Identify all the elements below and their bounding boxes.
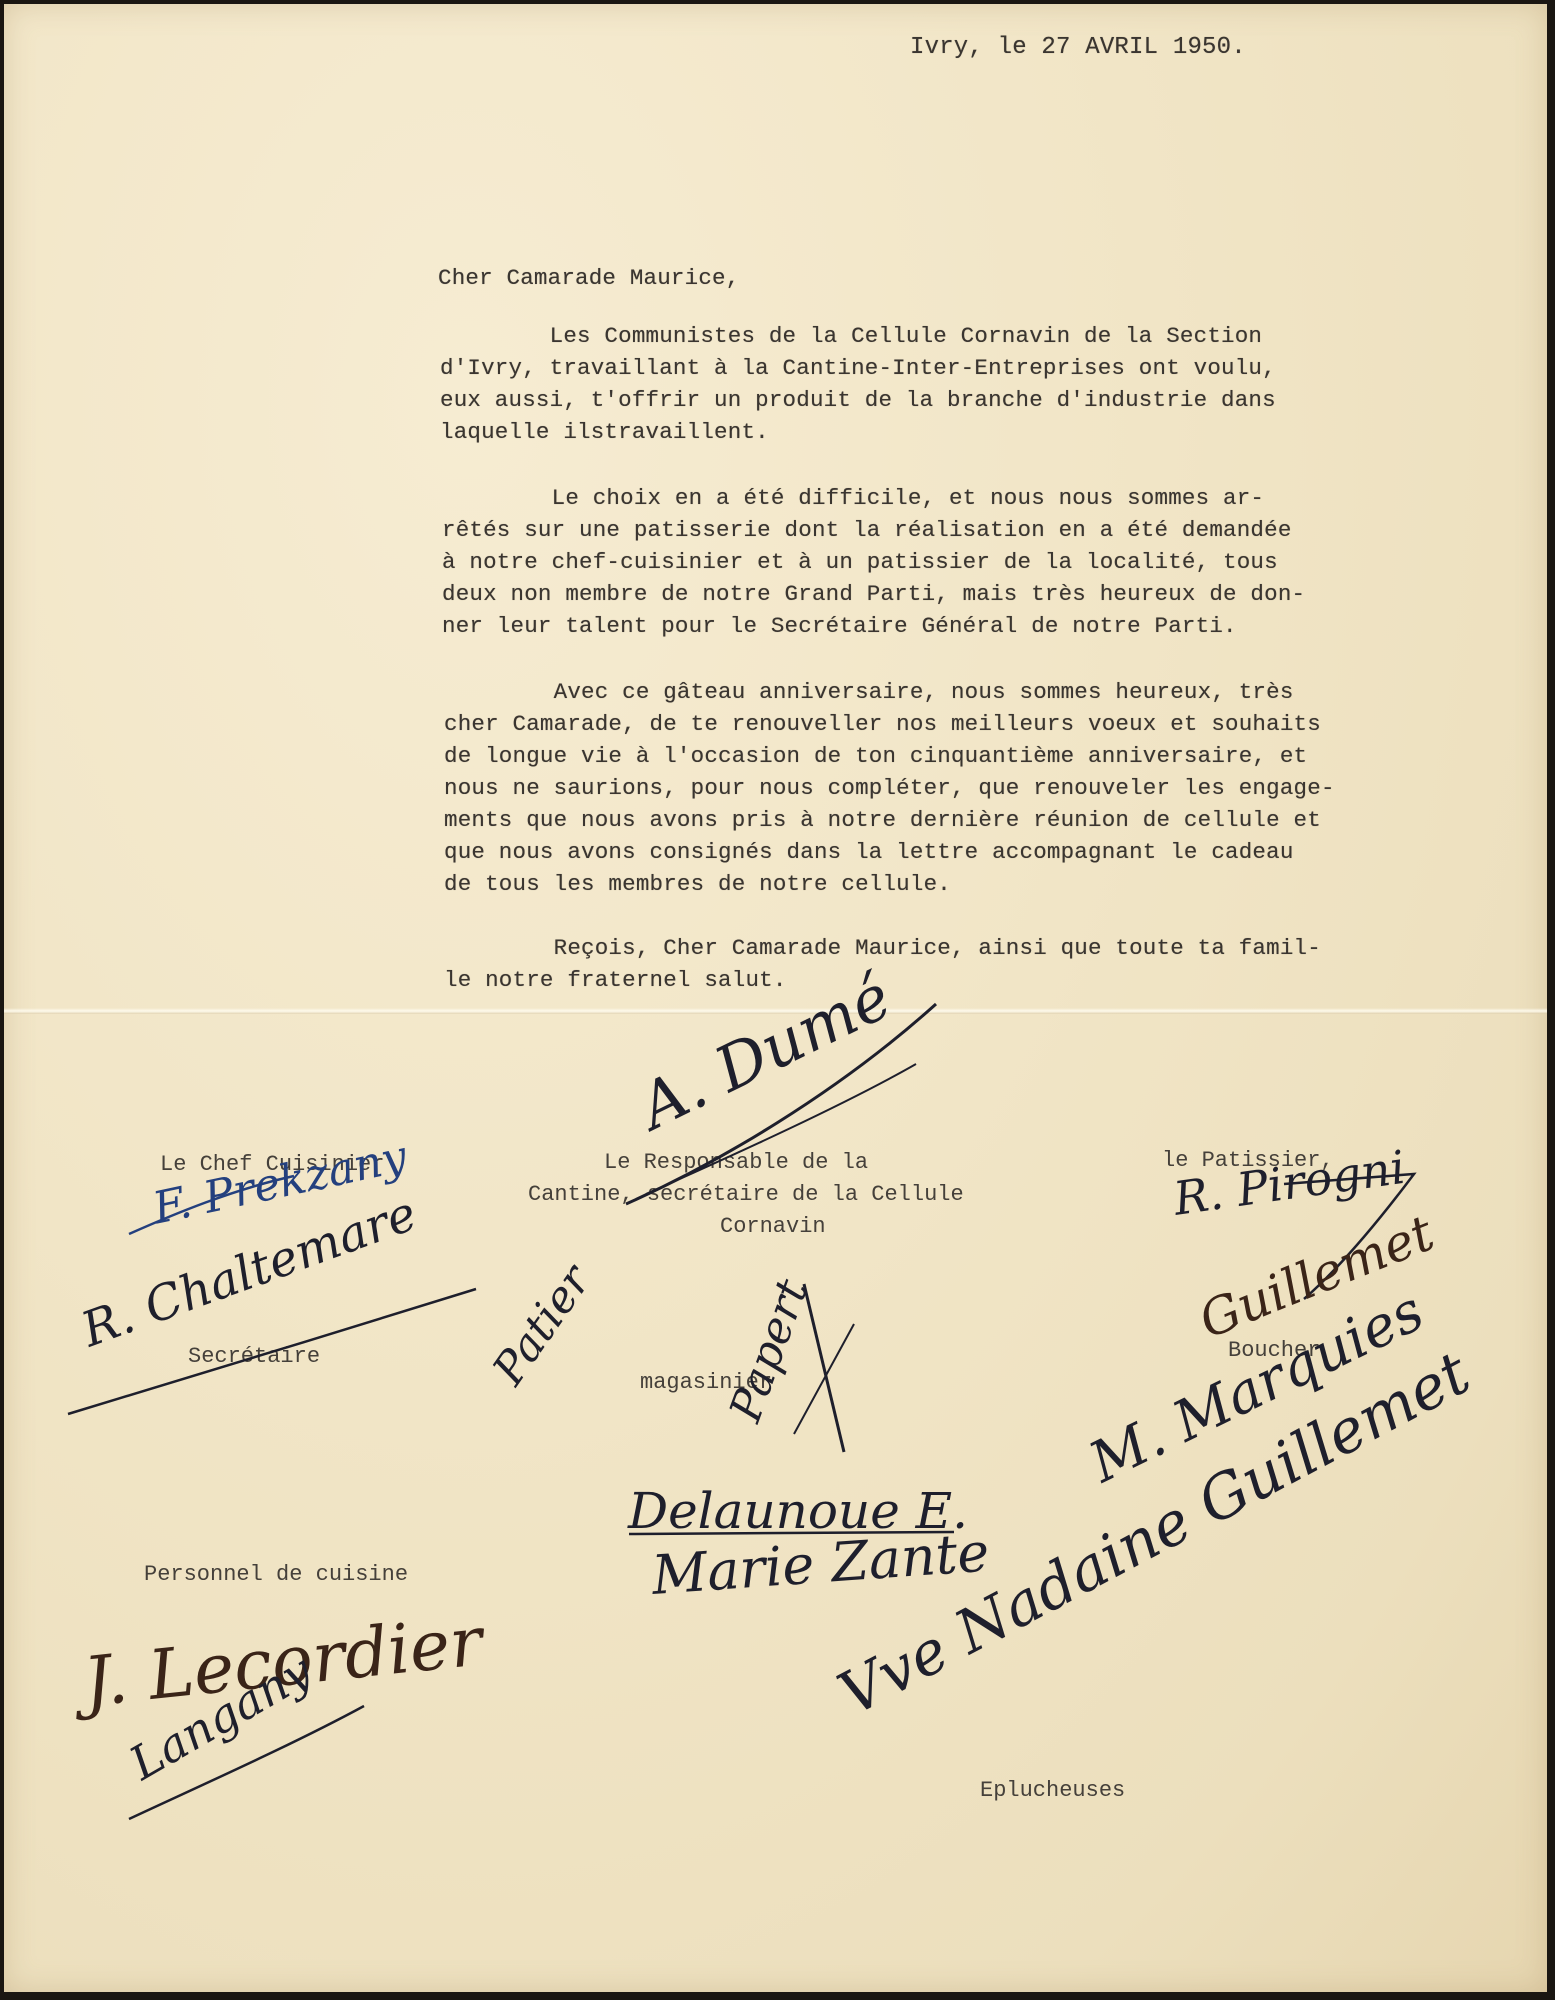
label-personnel-de-cuisine: Personnel de cuisine	[144, 1562, 408, 1587]
signature-cross-magasinier	[784, 1284, 864, 1454]
paragraph-line: eux aussi, t'offrir un produit de la bra…	[440, 384, 1276, 416]
paragraph-line: rêtés sur une patisserie dont la réalisa…	[442, 514, 1292, 546]
signature-flourish-secretaire	[66, 1289, 486, 1419]
paragraph-line: nous ne saurions, pour nous compléter, q…	[444, 772, 1335, 804]
paragraph-line: ner leur talent pour le Secrétaire Génér…	[442, 610, 1237, 642]
paragraph-line: de longue vie à l'occasion de ton cinqua…	[444, 740, 1307, 772]
paragraph-line: d'Ivry, travaillant à la Cantine-Inter-E…	[440, 352, 1276, 384]
paragraph-line: Les Communistes de la Cellule Cornavin d…	[440, 320, 1262, 352]
label-eplucheuses: Eplucheuses	[980, 1778, 1125, 1803]
paragraph-line: cher Camarade, de te renouveller nos mei…	[444, 708, 1321, 740]
signature-flourish-responsable	[616, 1004, 946, 1224]
paragraph-line: ments que nous avons pris à notre derniè…	[444, 804, 1321, 836]
paragraph-line: Le choix en a été difficile, et nous nou…	[442, 482, 1264, 514]
paragraph-line: que nous avons consignés dans la lettre …	[444, 836, 1294, 868]
paragraph-line: laquelle ilstravaillent.	[440, 416, 769, 448]
signature-flourish-langany	[124, 1704, 374, 1824]
paragraph-line: le notre fraternel salut.	[444, 964, 787, 996]
paragraph-line: à notre chef-cuisinier et à un patissier…	[442, 546, 1278, 578]
paragraph-line: Reçois, Cher Camarade Maurice, ainsi que…	[444, 932, 1321, 964]
place-date: Ivry, le 27 AVRIL 1950.	[910, 32, 1246, 64]
letter-paper: Ivry, le 27 AVRIL 1950. Cher Camarade Ma…	[4, 4, 1547, 1992]
paragraph-line: deux non membre de notre Grand Parti, ma…	[442, 578, 1305, 610]
paragraph-line: de tous les membres de notre cellule.	[444, 868, 951, 900]
paragraph-line: Avec ce gâteau anniversaire, nous sommes…	[444, 676, 1294, 708]
salutation: Cher Camarade Maurice,	[438, 262, 739, 294]
signature-unlabeled-patier: Patier	[483, 1256, 601, 1394]
